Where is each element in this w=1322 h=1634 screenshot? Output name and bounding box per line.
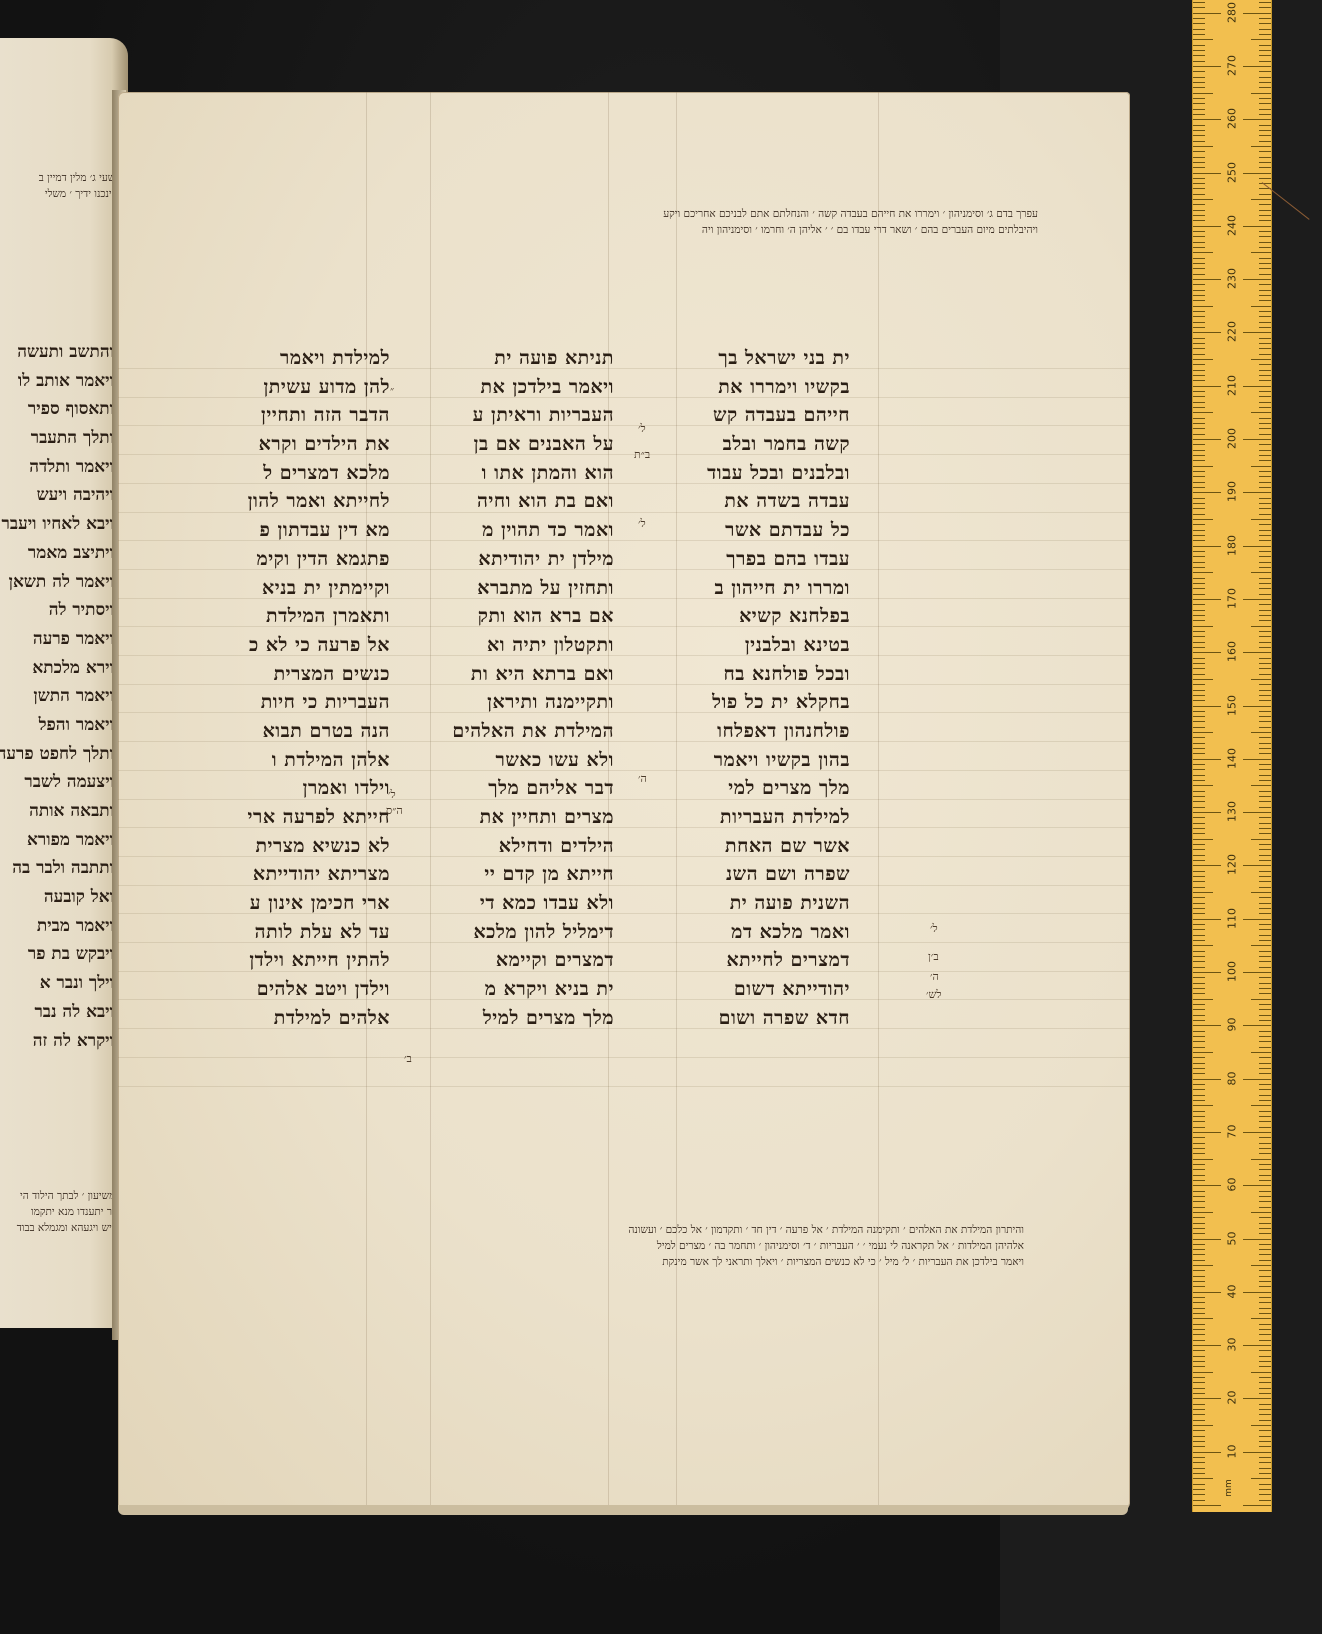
ruler-tick xyxy=(1193,412,1213,413)
ruler-tick xyxy=(1259,1302,1271,1303)
ruler-tick xyxy=(1193,1318,1213,1319)
ruler-tick xyxy=(1193,935,1205,936)
ruler-tick xyxy=(1259,887,1271,888)
ruler-tick xyxy=(1259,125,1271,126)
ruler-tick xyxy=(1193,87,1205,88)
ruler-tick xyxy=(1193,524,1205,525)
ruler-tick xyxy=(1193,753,1205,754)
verso-page-edge: ישעי ג׳ מלין דמיין ב אינכנו ידיך ׳ משלי … xyxy=(0,38,128,1328)
ruler-tick xyxy=(1259,951,1271,952)
text-column-middle: תניתא פועה יתויאמר בילדכן אתהעבריות וראי… xyxy=(424,344,614,1033)
ruler-tick xyxy=(1251,785,1271,786)
ruler-tick xyxy=(1259,983,1271,984)
ruler-tick xyxy=(1259,684,1271,685)
ruler-tick xyxy=(1193,1489,1205,1490)
ruler-tick xyxy=(1259,897,1271,898)
ruler-tick xyxy=(1193,1494,1205,1495)
ruler-tick xyxy=(1259,434,1271,435)
ruler-label: 20 xyxy=(1226,1382,1239,1414)
ruler-tick xyxy=(1259,1137,1271,1138)
ruler-tick xyxy=(1193,1196,1205,1197)
ruler-tick xyxy=(1193,961,1205,962)
text-line: ארי חכימן אינון ע xyxy=(198,889,390,918)
ruler-tick xyxy=(1259,428,1271,429)
note-line: ויאמר בילדכן את העבריות ׳ ל׳ מיל ׳ כי לא… xyxy=(184,1254,1024,1270)
ruler-tick xyxy=(1193,407,1205,408)
text-line: ויאמר והפל xyxy=(0,711,114,740)
ruler-tick xyxy=(1193,1137,1205,1138)
ruler-tick xyxy=(1259,1254,1271,1255)
ruler-label: 220 xyxy=(1226,316,1239,348)
ruler-tick xyxy=(1259,1388,1271,1389)
ruler-tick xyxy=(1259,1249,1271,1250)
ruler-tick xyxy=(1259,508,1271,509)
ruler-tick xyxy=(1259,1313,1271,1314)
ruler-tick xyxy=(1193,807,1205,808)
ruler-tick xyxy=(1259,1286,1271,1287)
ruler-tick xyxy=(1193,1361,1205,1362)
ruler-label: 270 xyxy=(1226,49,1239,81)
ruler-tick xyxy=(1193,428,1205,429)
ruler-tick xyxy=(1259,354,1271,355)
ruler-tick xyxy=(1193,1441,1205,1442)
ruler-tick xyxy=(1259,1377,1271,1378)
ruler-tick xyxy=(1193,1297,1205,1298)
ruler-tick xyxy=(1193,1041,1205,1042)
ruler-tick xyxy=(1251,572,1271,573)
text-line: ויאמר מבית xyxy=(0,912,114,941)
ruler-tick xyxy=(1259,1111,1271,1112)
ruler-tick xyxy=(1259,1404,1271,1405)
ruler-tick xyxy=(1193,588,1205,589)
text-line: הנה בטרם תבוא xyxy=(198,717,390,746)
ruler-tick xyxy=(1259,604,1271,605)
ruler-tick xyxy=(1251,1318,1271,1319)
page-bottom-edge xyxy=(118,1505,1128,1515)
ruler-tick xyxy=(1259,1329,1271,1330)
ruler-tick xyxy=(1259,1100,1271,1101)
ruler-tick xyxy=(1193,796,1205,797)
ruler-tick xyxy=(1259,300,1271,301)
text-line: הדבר הזה ותחיין xyxy=(198,401,390,430)
ruler-tick xyxy=(1259,1473,1271,1474)
ruler-tick xyxy=(1259,1169,1271,1170)
ruler-tick xyxy=(1259,727,1271,728)
ruler-tick xyxy=(1251,1159,1271,1160)
ruler-tick xyxy=(1259,1430,1271,1431)
ruler-tick xyxy=(1193,220,1205,221)
text-line: עבדו בהם בפרך xyxy=(658,545,850,574)
ruler-tick xyxy=(1259,1500,1271,1501)
ruler-tick xyxy=(1259,348,1271,349)
ruler-tick xyxy=(1259,231,1271,232)
ruler-tick xyxy=(1193,119,1221,120)
text-line: ויבא לה נבר xyxy=(0,998,114,1027)
text-line: כנשים המצרית xyxy=(198,660,390,689)
ruler-tick xyxy=(1193,476,1205,477)
ruler-tick xyxy=(1259,1180,1271,1181)
ruler-tick xyxy=(1193,1175,1205,1176)
margin-mark: ל׳ xyxy=(638,422,646,435)
ruler-tick xyxy=(1193,332,1221,333)
ruler-tick xyxy=(1259,1116,1271,1117)
ruler-tick xyxy=(1259,242,1271,243)
ruler-tick xyxy=(1193,1313,1205,1314)
ruler-tick xyxy=(1243,652,1271,653)
ruler-tick xyxy=(1193,1169,1205,1170)
ruler-tick xyxy=(1193,204,1205,205)
ruler-tick xyxy=(1193,1340,1205,1341)
note-line: והיתרון המילדת את האלהים ׳ ותקימנה המילד… xyxy=(184,1222,1024,1238)
text-line: ואם ברתא היא ות xyxy=(424,660,614,689)
ruler-tick xyxy=(1193,839,1213,840)
ruler-tick xyxy=(1259,1414,1271,1415)
text-line: ותקיימנה ותיראן xyxy=(424,688,614,717)
ruler-tick xyxy=(1259,993,1271,994)
ruler-tick xyxy=(1259,583,1271,584)
ruler-tick xyxy=(1193,34,1205,35)
ruler-tick xyxy=(1251,93,1271,94)
ruler-tick xyxy=(1193,109,1205,110)
ruler-tick xyxy=(1259,903,1271,904)
ruler-tick xyxy=(1193,61,1205,62)
ruler-tick xyxy=(1259,1297,1271,1298)
ruler-tick xyxy=(1259,1143,1271,1144)
text-line: וירא מלכתא xyxy=(0,654,114,683)
margin-mark: ה׳ xyxy=(638,772,647,785)
ruler-tick xyxy=(1193,396,1205,397)
ruler-tick xyxy=(1193,956,1205,957)
text-line: ותתבה ולבר בה xyxy=(0,854,114,883)
ruler-tick xyxy=(1259,327,1271,328)
ruler-tick xyxy=(1193,897,1205,898)
ruler-tick xyxy=(1193,1308,1205,1309)
ruler-tick xyxy=(1193,423,1205,424)
ruler-tick xyxy=(1259,737,1271,738)
ruler-tick xyxy=(1193,1452,1221,1453)
ruler-tick xyxy=(1259,71,1271,72)
ruler-tick xyxy=(1243,279,1271,280)
ruler-tick xyxy=(1193,343,1205,344)
ruler-tick xyxy=(1259,620,1271,621)
ruler-tick xyxy=(1259,460,1271,461)
ruler-tick xyxy=(1259,1281,1271,1282)
ruler-tick xyxy=(1259,1127,1271,1128)
ruler-tick xyxy=(1193,1052,1213,1053)
ruler-tick xyxy=(1193,727,1205,728)
ruler-tick xyxy=(1259,1436,1271,1437)
ruler-tick xyxy=(1259,1015,1271,1016)
ruler-tick xyxy=(1259,82,1271,83)
text-line: ואמר מלכא דמ xyxy=(658,918,850,947)
text-line: אל פרעה כי לא כ xyxy=(198,631,390,660)
ruler-tick xyxy=(1193,402,1205,403)
ruler-tick xyxy=(1193,1009,1205,1010)
ruler-tick xyxy=(1251,1478,1271,1479)
text-line: חייהם בעבדה קש xyxy=(658,401,850,430)
ruler-tick xyxy=(1193,311,1205,312)
ruler-tick xyxy=(1259,316,1271,317)
text-line: בפלחנא קשיא xyxy=(658,602,850,631)
ruler-tick xyxy=(1259,1191,1271,1192)
ruler-tick xyxy=(1193,844,1205,845)
ruler-tick xyxy=(1193,1398,1221,1399)
note-line: אינכנו ידיך ׳ משלי xyxy=(0,186,118,202)
text-line: ויקרא לה זה xyxy=(0,1027,114,1056)
ruler-tick xyxy=(1193,658,1205,659)
text-line: והתשב ותעשה xyxy=(0,338,114,367)
margin-mark: ל׳ xyxy=(388,788,396,801)
ruler-tick xyxy=(1193,1111,1205,1112)
ruler-tick xyxy=(1193,551,1205,552)
ruler-tick xyxy=(1193,114,1205,115)
ruler-tick xyxy=(1193,492,1221,493)
ruler-tick xyxy=(1193,1036,1205,1037)
ruler-label: 70 xyxy=(1226,1115,1239,1147)
text-line: חדא שפרה ושום xyxy=(658,1004,850,1033)
ruler-tick xyxy=(1259,807,1271,808)
ruler-tick xyxy=(1259,130,1271,131)
ruler-tick xyxy=(1259,791,1271,792)
ruler-tick xyxy=(1259,1276,1271,1277)
ruler-tick xyxy=(1193,471,1205,472)
ruler-tick xyxy=(1259,1324,1271,1325)
ruler-tick xyxy=(1259,482,1271,483)
ruler-tick xyxy=(1259,1020,1271,1021)
ruler-tick xyxy=(1193,1425,1213,1426)
ruler-tick xyxy=(1259,418,1271,419)
ruler-tick xyxy=(1193,215,1205,216)
ruler-tick xyxy=(1259,391,1271,392)
text-line: מצריתא יהודייתא xyxy=(198,860,390,889)
ruler-tick xyxy=(1193,130,1205,131)
ruler-tick xyxy=(1193,999,1213,1000)
ruler-tick xyxy=(1259,1260,1271,1261)
ruler-tick xyxy=(1193,610,1205,611)
ruler-tick xyxy=(1259,380,1271,381)
text-line: פולחנהון דאפלחו xyxy=(658,717,850,746)
ruler-tick xyxy=(1193,983,1205,984)
text-line: לא כנשיא מצרית xyxy=(198,832,390,861)
ruler-tick xyxy=(1259,503,1271,504)
ruler-label: 50 xyxy=(1226,1222,1239,1254)
text-line: בהון בקשיו ויאמר xyxy=(658,746,850,775)
ruler-tick xyxy=(1259,194,1271,195)
ruler-tick xyxy=(1193,903,1205,904)
text-line: בחקלא ית כל פול xyxy=(658,688,850,717)
text-line: וילדן ויטב אלהים xyxy=(198,975,390,1004)
ruler-tick xyxy=(1193,1121,1205,1122)
ruler-tick xyxy=(1251,1052,1271,1053)
ruler-tick xyxy=(1193,482,1205,483)
ruler-tick xyxy=(1193,1473,1205,1474)
ruler-tick xyxy=(1259,647,1271,648)
ruler-tick xyxy=(1259,141,1271,142)
ruler-tick xyxy=(1259,801,1271,802)
note-line: ער יתענדו מנא יתקמו xyxy=(0,1204,118,1220)
ruler-tick xyxy=(1259,535,1271,536)
ruler-tick xyxy=(1259,610,1271,611)
ruler-tick xyxy=(1259,263,1271,264)
ruler-tick xyxy=(1193,29,1205,30)
ruler-tick xyxy=(1193,354,1205,355)
text-line: ויאמר פרעה xyxy=(0,625,114,654)
ruler-tick xyxy=(1193,1478,1213,1479)
ruler-tick xyxy=(1251,1212,1271,1213)
measurement-ruler: mm 1020304050607080901001101201301401501… xyxy=(1192,0,1272,1512)
ruler-tick xyxy=(1193,871,1205,872)
ruler-tick xyxy=(1193,1116,1205,1117)
ruler-tick xyxy=(1193,1500,1205,1501)
ruler-tick xyxy=(1243,226,1271,227)
ruler-tick xyxy=(1259,1308,1271,1309)
ruler-tick xyxy=(1259,471,1271,472)
ruler-tick xyxy=(1259,556,1271,557)
ruler-tick xyxy=(1193,865,1221,866)
ruler-tick xyxy=(1259,1153,1271,1154)
recto-page: עפרך בדם ג׳ וסימניהון ׳ וימררו את חייהם … xyxy=(118,92,1130,1512)
text-line: ותאמרן המילדת xyxy=(198,602,390,631)
ruler-label: 170 xyxy=(1226,582,1239,614)
ruler-tick xyxy=(1243,1239,1271,1240)
text-line: ותלך התעבר xyxy=(0,424,114,453)
ruler-tick xyxy=(1259,1057,1271,1058)
ruler-tick xyxy=(1193,284,1205,285)
ruler-tick xyxy=(1259,881,1271,882)
ruler-tick xyxy=(1259,1031,1271,1032)
ruler-tick xyxy=(1193,125,1205,126)
ruler-tick xyxy=(1193,977,1205,978)
text-line: למילדת העבריות xyxy=(658,803,850,832)
ruler-tick xyxy=(1193,583,1205,584)
ruler-tick xyxy=(1193,173,1221,174)
ruler-tick xyxy=(1193,503,1205,504)
ruler-tick xyxy=(1259,924,1271,925)
ruler-tick xyxy=(1193,77,1205,78)
ruler-tick xyxy=(1251,999,1271,1000)
ruler-tick xyxy=(1193,791,1205,792)
ruler-tick xyxy=(1193,226,1221,227)
ruler-tick xyxy=(1193,615,1205,616)
ruler-tick xyxy=(1259,1393,1271,1394)
ruler-tick xyxy=(1193,98,1205,99)
ruler-tick xyxy=(1259,642,1271,643)
ruler-tick xyxy=(1251,39,1271,40)
ruler-tick xyxy=(1259,674,1271,675)
ruler-tick xyxy=(1193,252,1213,253)
text-line: דמצרים וקיימא xyxy=(424,946,614,975)
ruler-tick xyxy=(1259,247,1271,248)
ruler-tick xyxy=(1193,418,1205,419)
ruler-tick xyxy=(1193,1457,1205,1458)
ruler-tick xyxy=(1259,961,1271,962)
margin-mark: ב״ת xyxy=(634,448,650,461)
ruler-tick xyxy=(1259,636,1271,637)
ruler-label: 150 xyxy=(1226,689,1239,721)
text-line: תניתא פועה ית xyxy=(424,344,614,373)
ruler-tick xyxy=(1259,215,1271,216)
ruler-label: 230 xyxy=(1226,263,1239,295)
ruler-tick xyxy=(1259,204,1271,205)
ruler-tick xyxy=(1259,450,1271,451)
ruler-tick xyxy=(1243,439,1271,440)
ruler-tick xyxy=(1193,1191,1205,1192)
ruler-tick xyxy=(1193,769,1205,770)
ruler-tick xyxy=(1259,258,1271,259)
ruler-tick xyxy=(1259,18,1271,19)
ruler-label: 90 xyxy=(1226,1009,1239,1041)
ruler-tick xyxy=(1243,812,1271,813)
ruler-tick xyxy=(1259,935,1271,936)
ruler-tick xyxy=(1243,599,1271,600)
ruler-tick xyxy=(1259,1409,1271,1410)
ruler-tick xyxy=(1193,380,1205,381)
ruler-tick xyxy=(1259,956,1271,957)
ruler-tick xyxy=(1259,578,1271,579)
ruler-tick xyxy=(1259,844,1271,845)
ruler-tick xyxy=(1259,1334,1271,1335)
text-line: ותבאה אותה xyxy=(0,797,114,826)
ruler-tick xyxy=(1193,881,1205,882)
ruler-tick xyxy=(1193,967,1205,968)
ruler-tick xyxy=(1193,279,1221,280)
ruler-tick xyxy=(1243,119,1271,120)
ruler-tick xyxy=(1259,530,1271,531)
text-column-left: למילדת ויאמרלהן מדוע עשיתןהדבר הזה ותחיי… xyxy=(198,344,390,1033)
ruler-tick xyxy=(1259,940,1271,941)
ruler-label: 60 xyxy=(1226,1169,1239,1201)
ruler-tick xyxy=(1193,1436,1205,1437)
text-line: ויאמר מפורא xyxy=(0,826,114,855)
ruler-tick xyxy=(1243,1185,1271,1186)
note-line: ישעי ג׳ מלין דמיין ב xyxy=(0,170,118,186)
ruler-tick xyxy=(1193,775,1205,776)
text-line: ויתיצב מאמר xyxy=(0,539,114,568)
ruler-tick xyxy=(1259,716,1271,717)
text-line: וילך ונבר א xyxy=(0,969,114,998)
ruler-tick xyxy=(1259,268,1271,269)
ruler-tick xyxy=(1259,833,1271,834)
ruler-tick xyxy=(1259,876,1271,877)
ruler-tick xyxy=(1193,455,1205,456)
ruler-tick xyxy=(1193,1420,1205,1421)
ruler-tick xyxy=(1243,759,1271,760)
ruler-tick xyxy=(1193,359,1213,360)
ruler-tick xyxy=(1243,706,1271,707)
ruler-tick xyxy=(1193,1020,1205,1021)
ruler-tick xyxy=(1259,711,1271,712)
ruler-tick xyxy=(1259,1462,1271,1463)
ruler-tick xyxy=(1193,210,1205,211)
ruler-tick xyxy=(1259,55,1271,56)
text-line: ויאמר בילדכן את xyxy=(424,373,614,402)
text-line: ואמר כד תהוין מ xyxy=(424,516,614,545)
ruler-tick xyxy=(1193,833,1205,834)
ruler-tick xyxy=(1193,1063,1205,1064)
text-line: להן מדוע עשיתן xyxy=(198,373,390,402)
ruler-tick xyxy=(1193,642,1205,643)
ruler-tick xyxy=(1193,514,1205,515)
ruler-tick xyxy=(1193,690,1205,691)
ruler-tick xyxy=(1193,684,1205,685)
ruler-tick xyxy=(1193,887,1205,888)
ruler-tick xyxy=(1259,407,1271,408)
ruler-tick xyxy=(1193,460,1205,461)
ruler-label: 80 xyxy=(1226,1062,1239,1094)
ruler-tick xyxy=(1259,748,1271,749)
ruler-tick xyxy=(1193,466,1213,467)
ruler-tick xyxy=(1193,535,1205,536)
